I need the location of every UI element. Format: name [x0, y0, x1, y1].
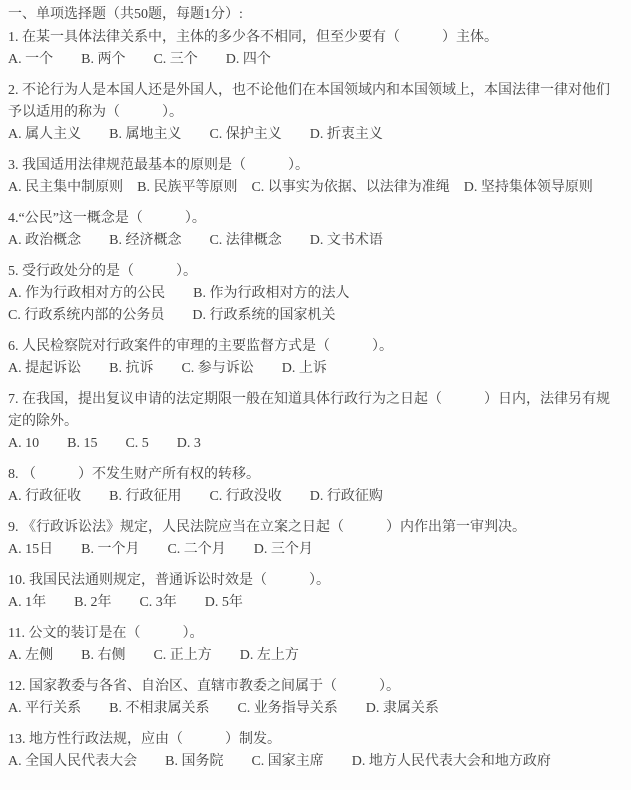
option-line: A. 民主集中制原则 B. 民族平等原则 C. 以事实为依据、以法律为准绳 D.… [8, 177, 625, 199]
question-line: 11. 公文的装订是在（ ）。 [8, 623, 625, 645]
question-block: 12. 国家教委与各省、自治区、直辖市教委之间属于（ ）。A. 平行关系 B. … [8, 676, 625, 720]
option-line: A. 10 B. 15 C. 5 D. 3 [8, 433, 625, 455]
question-line: 6. 人民检察院对行政案件的审理的主要监督方式是（ ）。 [8, 336, 625, 358]
question-line: 7. 在我国，提出复议申请的法定期限一般在知道具体行政行为之日起（ ）日内，法律… [8, 389, 625, 411]
question-block: 7. 在我国，提出复议申请的法定期限一般在知道具体行政行为之日起（ ）日内，法律… [8, 389, 625, 455]
option-line: A. 全国人民代表大会 B. 国务院 C. 国家主席 D. 地方人民代表大会和地… [8, 751, 625, 773]
option-line: A. 属人主义 B. 属地主义 C. 保护主义 D. 折衷主义 [8, 124, 625, 146]
question-line: 2. 不论行为人是本国人还是外国人，也不论他们在本国领域内和本国领域上，本国法律… [8, 80, 625, 102]
question-block: 2. 不论行为人是本国人还是外国人，也不论他们在本国领域内和本国领域上，本国法律… [8, 80, 625, 146]
question-block: 8. （ ）不发生财产所有权的转移。A. 行政征收 B. 行政征用 C. 行政没… [8, 464, 625, 508]
question-line: 3. 我国适用法律规范最基本的原则是（ ）。 [8, 155, 625, 177]
question-list: 1. 在某一具体法律关系中，主体的多少各不相同，但至少要有（ ）主体。A. 一个… [8, 27, 625, 773]
option-line: A. 1年 B. 2年 C. 3年 D. 5年 [8, 592, 625, 614]
question-block: 11. 公文的装订是在（ ）。A. 左侧 B. 右侧 C. 正上方 D. 左上方 [8, 623, 625, 667]
question-line: 8. （ ）不发生财产所有权的转移。 [8, 464, 625, 486]
option-line: A. 一个 B. 两个 C. 三个 D. 四个 [8, 49, 625, 71]
option-line: A. 提起诉讼 B. 抗诉 C. 参与诉讼 D. 上诉 [8, 358, 625, 380]
question-line: 12. 国家教委与各省、自治区、直辖市教委之间属于（ ）。 [8, 676, 625, 698]
question-line: 13. 地方性行政法规，应由（ ）制发。 [8, 729, 625, 751]
option-line: A. 平行关系 B. 不相隶属关系 C. 业务指导关系 D. 隶属关系 [8, 698, 625, 720]
question-line: 4.“公民”这一概念是（ ）。 [8, 208, 625, 230]
option-line: C. 行政系统内部的公务员 D. 行政系统的国家机关 [8, 305, 625, 327]
option-line: A. 作为行政相对方的公民 B. 作为行政相对方的法人 [8, 283, 625, 305]
question-block: 1. 在某一具体法律关系中，主体的多少各不相同，但至少要有（ ）主体。A. 一个… [8, 27, 625, 71]
question-block: 13. 地方性行政法规，应由（ ）制发。A. 全国人民代表大会 B. 国务院 C… [8, 729, 625, 773]
option-line: A. 15日 B. 一个月 C. 二个月 D. 三个月 [8, 539, 625, 561]
question-line: 9. 《行政诉讼法》规定，人民法院应当在立案之日起（ ）内作出第一审判决。 [8, 517, 625, 539]
question-block: 3. 我国适用法律规范最基本的原则是（ ）。A. 民主集中制原则 B. 民族平等… [8, 155, 625, 199]
question-line: 1. 在某一具体法律关系中，主体的多少各不相同，但至少要有（ ）主体。 [8, 27, 625, 49]
question-line: 10. 我国民法通则规定，普通诉讼时效是（ ）。 [8, 570, 625, 592]
question-block: 9. 《行政诉讼法》规定，人民法院应当在立案之日起（ ）内作出第一审判决。A. … [8, 517, 625, 561]
question-line: 5. 受行政处分的是（ ）。 [8, 261, 625, 283]
question-line: 定的除外。 [8, 411, 625, 433]
option-line: A. 政治概念 B. 经济概念 C. 法律概念 D. 文书术语 [8, 230, 625, 252]
question-line: 予以适用的称为（ ）。 [8, 102, 625, 124]
option-line: A. 左侧 B. 右侧 C. 正上方 D. 左上方 [8, 645, 625, 667]
question-block: 5. 受行政处分的是（ ）。A. 作为行政相对方的公民 B. 作为行政相对方的法… [8, 261, 625, 327]
section-title: 一、单项选择题（共50题，每题1分）: [8, 4, 625, 26]
option-line: A. 行政征收 B. 行政征用 C. 行政没收 D. 行政征购 [8, 486, 625, 508]
question-block: 6. 人民检察院对行政案件的审理的主要监督方式是（ ）。A. 提起诉讼 B. 抗… [8, 336, 625, 380]
question-block: 10. 我国民法通则规定，普通诉讼时效是（ ）。A. 1年 B. 2年 C. 3… [8, 570, 625, 614]
exam-paper: 一、单项选择题（共50题，每题1分）: 1. 在某一具体法律关系中，主体的多少各… [0, 0, 631, 773]
question-block: 4.“公民”这一概念是（ ）。A. 政治概念 B. 经济概念 C. 法律概念 D… [8, 208, 625, 252]
